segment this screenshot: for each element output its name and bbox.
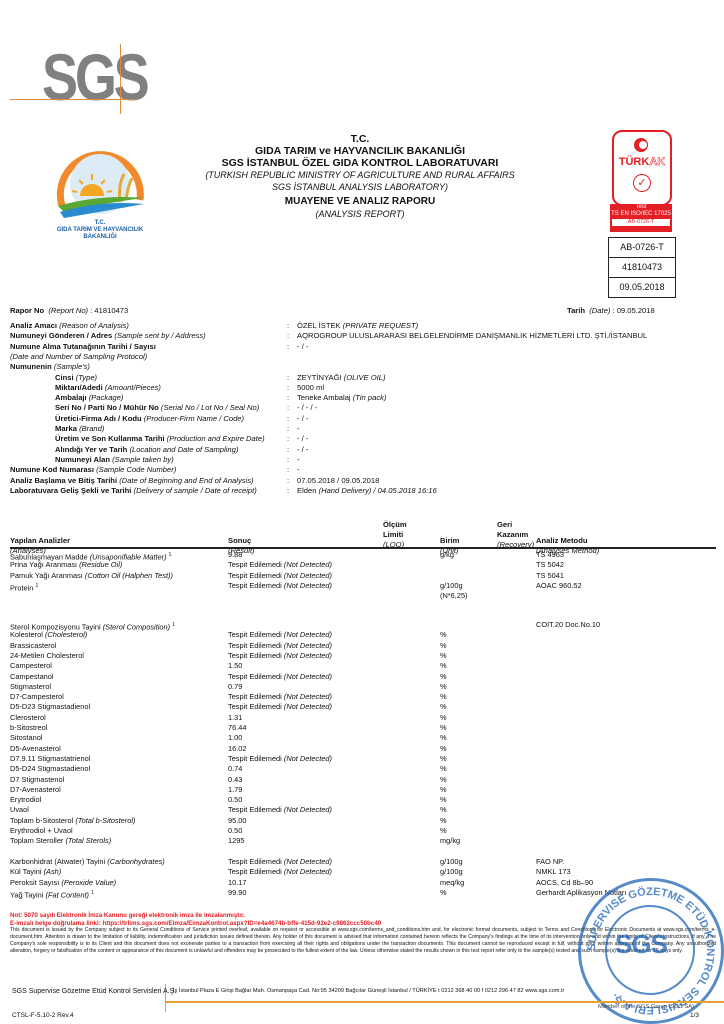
info-colon: : <box>287 486 289 496</box>
accreditation-band: Test TS EN ISO/IEC 17025 AB-0726-T <box>610 204 672 232</box>
info-label: Cinsi (Type) <box>55 373 97 383</box>
table-row: D5-D24 Stigmastadienol0.74% <box>0 764 724 774</box>
info-value: ÖZEL İSTEK (PRIVATE REQUEST) <box>297 321 418 331</box>
info-value: 07.05.2018 / 09.05.2018 <box>297 476 379 486</box>
page-title: MUAYENE VE ANALIZ RAPORU <box>150 196 570 208</box>
info-label: Laboratuvara Geliş Şekli ve Tarihi (Deli… <box>10 486 257 496</box>
footer-company: SGS Supervise Gözetme Etüd Kontrol Servi… <box>12 988 176 995</box>
footer-member: Member of the SGS Group (SGS SA) <box>598 1004 694 1010</box>
table-row: Toplam Steroller (Total Sterols)1295mg/k… <box>0 836 724 846</box>
logo-rule <box>10 99 135 100</box>
analysis-name: Toplam b-Sitosterol (Total b-Sitosterol) <box>10 816 135 826</box>
crescent-icon <box>634 138 648 152</box>
analysis-result: Tespit Edilemedi (Not Detected) <box>228 805 332 815</box>
analysis-result: 1.79 <box>228 785 242 795</box>
info-label: Analiz Amacı (Reason of Analysis) <box>10 321 129 331</box>
info-label: Numuneyi Alan (Sample taken by) <box>55 455 174 465</box>
analysis-name: Kül Tayini (Ash) <box>10 867 61 877</box>
analysis-unit: % <box>440 630 447 640</box>
analysis-name: D7-Avenasterol <box>10 785 61 795</box>
info-value: AQROGROUP ULUSLARARASI BELGELENDİRME DAN… <box>297 331 647 341</box>
analysis-unit-note: (N*6,25) <box>440 591 468 601</box>
info-value: - / - <box>297 434 308 444</box>
analysis-unit: % <box>440 661 447 671</box>
analysis-result: 0.50 <box>228 826 242 836</box>
analysis-name: Erythrodiol + Uvaol <box>10 826 73 836</box>
analysis-name: Pamuk Yağı Aranması (Cotton Oil (Halphen… <box>10 571 173 581</box>
info-colon: : <box>287 403 289 413</box>
analysis-result: Tespit Edilemedi (Not Detected) <box>228 581 332 591</box>
info-colon: : <box>287 331 289 341</box>
analysis-result: 1.50 <box>228 661 242 671</box>
analysis-result: Tespit Edilemedi (Not Detected) <box>228 630 332 640</box>
analysis-result: Tespit Edilemedi (Not Detected) <box>228 641 332 651</box>
ministry-caption-3: BAKANLIĞI <box>40 234 160 241</box>
table-row: b-Sitostreol76.44% <box>0 723 724 733</box>
info-colon: : <box>287 434 289 444</box>
info-label: Üretim ve Son Kullanma Tarihi (Productio… <box>55 434 265 444</box>
analysis-result: 0.50 <box>228 795 242 805</box>
info-value: - <box>297 455 300 465</box>
analysis-result: Tespit Edilemedi (Not Detected) <box>228 560 332 570</box>
analysis-result: Tespit Edilemedi (Not Detected) <box>228 867 332 877</box>
accreditation-box: AB-0726-T 41810473 09.05.2018 <box>608 237 676 298</box>
analysis-result: 99.90 <box>228 888 247 898</box>
analysis-name: b-Sitostreol <box>10 723 47 733</box>
analysis-name: Clerosterol <box>10 713 46 723</box>
document-header: T.C. GIDA TARIM ve HAYVANCILIK BAKANLIĞI… <box>150 133 570 220</box>
accreditation-report-no: 41810473 <box>609 258 675 278</box>
table-row: Karbonhidrat (Atwater) Tayini (Carbonhyd… <box>0 857 724 867</box>
analysis-name: Kolesterol (Cholesterol) <box>10 630 87 640</box>
analysis-result: 0.74 <box>228 764 242 774</box>
th-loq: ÖlçümLimiti(LOQ) <box>383 520 407 550</box>
analysis-method: COIT.20 Doc.No.10 <box>536 620 600 630</box>
info-colon: : <box>287 476 289 486</box>
analysis-result: Tespit Edilemedi (Not Detected) <box>228 754 332 764</box>
analysis-result: Tespit Edilemedi (Not Detected) <box>228 857 332 867</box>
header-lab-en: SGS İSTANBUL ANALYSIS LABORATORY) <box>150 181 570 193</box>
analysis-name: Peroksit Sayısı (Peroxide Value) <box>10 878 116 888</box>
header-ministry: GIDA TARIM ve HAYVANCILIK BAKANLIĞI <box>150 145 570 157</box>
band-standard: TS EN ISO/IEC 17025 <box>610 211 672 218</box>
analysis-method: FAO NP. <box>536 857 564 867</box>
info-value: Teneke Ambalaj (Tin pack) <box>297 393 386 403</box>
header-tc: T.C. <box>150 133 570 145</box>
analysis-name: D7.9.11 Stigmastatrienol <box>10 754 90 764</box>
page-number: 1/3 <box>690 1012 699 1019</box>
info-value: 5000 ml <box>297 383 324 393</box>
info-colon: : <box>287 465 289 475</box>
info-colon: : <box>287 393 289 403</box>
info-label: Numune Alma Tutanağının Tarihi / Sayısı <box>10 342 156 352</box>
table-row: D5-D23 StigmastadienolTespit Edilemedi (… <box>0 702 724 712</box>
turkak-logo: TÜRKAK ✓ <box>612 130 672 206</box>
table-row: UvaolTespit Edilemedi (Not Detected)% <box>0 805 724 815</box>
info-label: Üretici-Firma Adı / Kodu (Producer-Firm … <box>55 414 244 424</box>
analysis-unit: % <box>440 641 447 651</box>
analysis-result: 76.44 <box>228 723 247 733</box>
analysis-result: Tespit Edilemedi (Not Detected) <box>228 672 332 682</box>
analysis-name: Erytrodiol <box>10 795 41 805</box>
info-value: - <box>297 465 300 475</box>
analysis-unit: % <box>440 826 447 836</box>
info-label: Alındığı Yer ve Tarih (Location and Date… <box>55 445 238 455</box>
table-row: Erythrodiol + Uvaol0.50% <box>0 826 724 836</box>
analysis-name: Campesterol <box>10 661 52 671</box>
info-label: Numune Kod Numarası (Sample Code Number) <box>10 465 176 475</box>
info-label: (Date and Number of Sampling Protocol) <box>10 352 147 362</box>
analysis-unit: % <box>440 805 447 815</box>
table-row: Sterol Kompozisyonu Tayini (Sterol Compo… <box>0 620 724 630</box>
info-colon: : <box>287 342 289 352</box>
page-subtitle: (ANALYSIS REPORT) <box>150 208 570 220</box>
analysis-method: AOAC 960.52 <box>536 581 582 591</box>
analysis-result: 1.00 <box>228 733 242 743</box>
th-recovery: GeriKazanım(Recovery) <box>497 520 534 550</box>
analysis-unit: % <box>440 713 447 723</box>
info-value: - / - <box>297 445 308 455</box>
analysis-unit: meq/kg <box>440 878 464 888</box>
e-signature-note: Not: 5070 sayılı Elektronik İmza Kanunu … <box>10 912 381 927</box>
analysis-unit: % <box>440 888 447 898</box>
info-colon: : <box>287 414 289 424</box>
analysis-unit: % <box>440 692 447 702</box>
analysis-unit: % <box>440 795 447 805</box>
analysis-unit: % <box>440 744 447 754</box>
header-lab: SGS İSTANBUL ÖZEL GIDA KONTROL LABORATUV… <box>150 157 570 169</box>
info-label: Marka (Brand) <box>55 424 104 434</box>
table-row: CampestanolTespit Edilemedi (Not Detecte… <box>0 672 724 682</box>
analysis-unit: g/kg <box>440 550 454 560</box>
info-colon: : <box>287 455 289 465</box>
analysis-result: 16.02 <box>228 744 247 754</box>
table-row: Campesterol1.50% <box>0 661 724 671</box>
analysis-name: D7 Stigmastenol <box>10 775 64 785</box>
analysis-result: Tespit Edilemedi (Not Detected) <box>228 702 332 712</box>
analysis-result: 1295 <box>228 836 244 846</box>
info-colon: : <box>287 383 289 393</box>
ministry-logo: T.C. GIDA TARIM VE HAYVANCILIK BAKANLIĞI <box>40 140 160 245</box>
table-row: Kolesterol (Cholesterol)Tespit Edilemedi… <box>0 630 724 640</box>
table-row: Toplam b-Sitosterol (Total b-Sitosterol)… <box>0 816 724 826</box>
ministry-emblem-icon <box>40 140 160 220</box>
analysis-name: D5-Avenasterol <box>10 744 61 754</box>
analysis-unit: mg/kg <box>440 836 460 846</box>
turkak-name: TÜRKAK <box>614 156 670 168</box>
accreditation-code: AB-0726-T <box>609 238 675 258</box>
info-label: Analiz Başlama ve Bitiş Tarihi (Date of … <box>10 476 254 486</box>
analysis-unit: % <box>440 816 447 826</box>
info-value: - / - <box>297 342 308 352</box>
header-ministry-en: (TURKISH REPUBLIC MINISTRY OF AGRICULTUR… <box>150 169 570 181</box>
ministry-caption-2: GIDA TARIM VE HAYVANCILIK <box>40 227 160 234</box>
analysis-name: Stigmasterol <box>10 682 51 692</box>
check-icon: ✓ <box>633 174 651 192</box>
band-code: AB-0726-T <box>612 219 670 226</box>
accreditation-date: 09.05.2018 <box>609 278 675 297</box>
info-colon: : <box>287 424 289 434</box>
analysis-name: Toplam Steroller (Total Sterols) <box>10 836 111 846</box>
info-colon: : <box>287 321 289 331</box>
analysis-unit: % <box>440 682 447 692</box>
info-label: Miktarı/Adedi (Amount/Pieces) <box>55 383 161 393</box>
sgs-logo: SGS <box>10 44 180 124</box>
info-colon: : <box>287 445 289 455</box>
analysis-unit: g/100g <box>440 857 463 867</box>
analysis-name: D5-D23 Stigmastadienol <box>10 702 90 712</box>
info-label: Numuneyi Gönderen / Adres (Sample sent b… <box>10 331 206 341</box>
analysis-name: Prina Yağı Aranması (Residue Oil) <box>10 560 122 570</box>
info-value: - / - / - <box>297 403 317 413</box>
table-row: Sabunlaşmayan Madde (Unsaponifiable Matt… <box>0 550 724 560</box>
analysis-name: D7-Campesterol <box>10 692 64 702</box>
analysis-unit: % <box>440 785 447 795</box>
info-label: Ambalajı (Package) <box>55 393 123 403</box>
analysis-method: TS 4963 <box>536 550 564 560</box>
analysis-result: 95.00 <box>228 816 247 826</box>
analysis-unit: % <box>440 775 447 785</box>
analysis-name: 24-Metilen Cholesterol <box>10 651 84 661</box>
footer-rule <box>165 1001 724 1003</box>
logo-rule-vertical <box>120 44 121 114</box>
verification-link[interactable]: E-imzalı belge doğrulama linki: https://… <box>10 920 381 928</box>
analysis-result: Tespit Edilemedi (Not Detected) <box>228 651 332 661</box>
analysis-unit: % <box>440 672 447 682</box>
table-row: D7-CampesterolTespit Edilemedi (Not Dete… <box>0 692 724 702</box>
info-value: Elden (Hand Delivery) / 04.05.2018 16:16 <box>297 486 437 496</box>
info-value: ZEYTİNYAĞI (OLIVE OIL) <box>297 373 386 383</box>
analysis-result: 10.17 <box>228 878 247 888</box>
report-number: Rapor No (Report No) : 41810473 <box>10 306 128 316</box>
analysis-result: 9.88 <box>228 550 242 560</box>
analysis-result: 1.31 <box>228 713 242 723</box>
ministry-caption-1: T.C. <box>40 220 160 227</box>
table-row: Clerosterol1.31% <box>0 713 724 723</box>
analysis-name: D5-D24 Stigmastadienol <box>10 764 90 774</box>
table-row-continuation: (N*6,25) <box>0 591 724 601</box>
table-row: Stigmasterol0.79% <box>0 682 724 692</box>
analysis-unit: g/100g <box>440 867 463 877</box>
info-colon: : <box>287 373 289 383</box>
band-test: Test <box>610 204 672 211</box>
analysis-method: TS 5041 <box>536 571 564 581</box>
table-row: Kül Tayini (Ash)Tespit Edilemedi (Not De… <box>0 867 724 877</box>
table-row: BrassicasterolTespit Edilemedi (Not Dete… <box>0 641 724 651</box>
analysis-method: TS 5042 <box>536 560 564 570</box>
table-row: Prina Yağı Aranması (Residue Oil)Tespit … <box>0 560 724 570</box>
analysis-result: 0.79 <box>228 682 242 692</box>
analysis-unit: g/100g <box>440 581 463 591</box>
stamp-center: SGS <box>615 929 667 960</box>
table-header-divider <box>10 547 716 549</box>
report-date: Tarih (Date) : 09.05.2018 <box>567 306 655 316</box>
analysis-method: NMKL 173 <box>536 867 571 877</box>
analysis-unit: % <box>440 754 447 764</box>
analysis-name: Sitostanol <box>10 733 42 743</box>
info-value: - / - <box>297 414 308 424</box>
table-row: Pamuk Yağı Aranması (Cotton Oil (Halphen… <box>0 571 724 581</box>
analysis-result: Tespit Edilemedi (Not Detected) <box>228 692 332 702</box>
analysis-name: Campestanol <box>10 672 54 682</box>
analysis-name: Uvaol <box>10 805 29 815</box>
table-row: D7-Avenasterol1.79% <box>0 785 724 795</box>
analysis-name: Yağ Tayini (Fat Content) 1 <box>10 888 94 901</box>
analysis-name: Brassicasterol <box>10 641 56 651</box>
analysis-result: 0.43 <box>228 775 242 785</box>
sgs-logo-text: SGS <box>42 44 146 110</box>
table-row: Protein 1Tespit Edilemedi (Not Detected)… <box>0 581 724 591</box>
table-row: Sitostanol1.00% <box>0 733 724 743</box>
info-label: Seri No / Parti No / Mühür No (Serial No… <box>55 403 259 413</box>
footer-form-code: CTSL-F-5.10-2 Rev.4 <box>12 1012 74 1019</box>
table-row: D7 Stigmastenol0.43% <box>0 775 724 785</box>
analysis-result: Tespit Edilemedi (Not Detected) <box>228 571 332 581</box>
analysis-unit: % <box>440 733 447 743</box>
analysis-unit: % <box>440 702 447 712</box>
analysis-unit: % <box>440 723 447 733</box>
analysis-unit: % <box>440 651 447 661</box>
analysis-unit: % <box>440 764 447 774</box>
table-row: 24-Metilen CholesterolTespit Edilemedi (… <box>0 651 724 661</box>
table-row: D7.9.11 StigmastatrienolTespit Edilemedi… <box>0 754 724 764</box>
info-value: - <box>297 424 300 434</box>
analysis-name: Karbonhidrat (Atwater) Tayini (Carbonhyd… <box>10 857 165 867</box>
table-row: D5-Avenasterol16.02% <box>0 744 724 754</box>
footer-address: İş İstanbul Plaza E Girişi Bağlar Mah. O… <box>173 988 564 994</box>
table-row: Erytrodiol0.50% <box>0 795 724 805</box>
info-label: Numunenin (Sample's) <box>10 362 90 372</box>
